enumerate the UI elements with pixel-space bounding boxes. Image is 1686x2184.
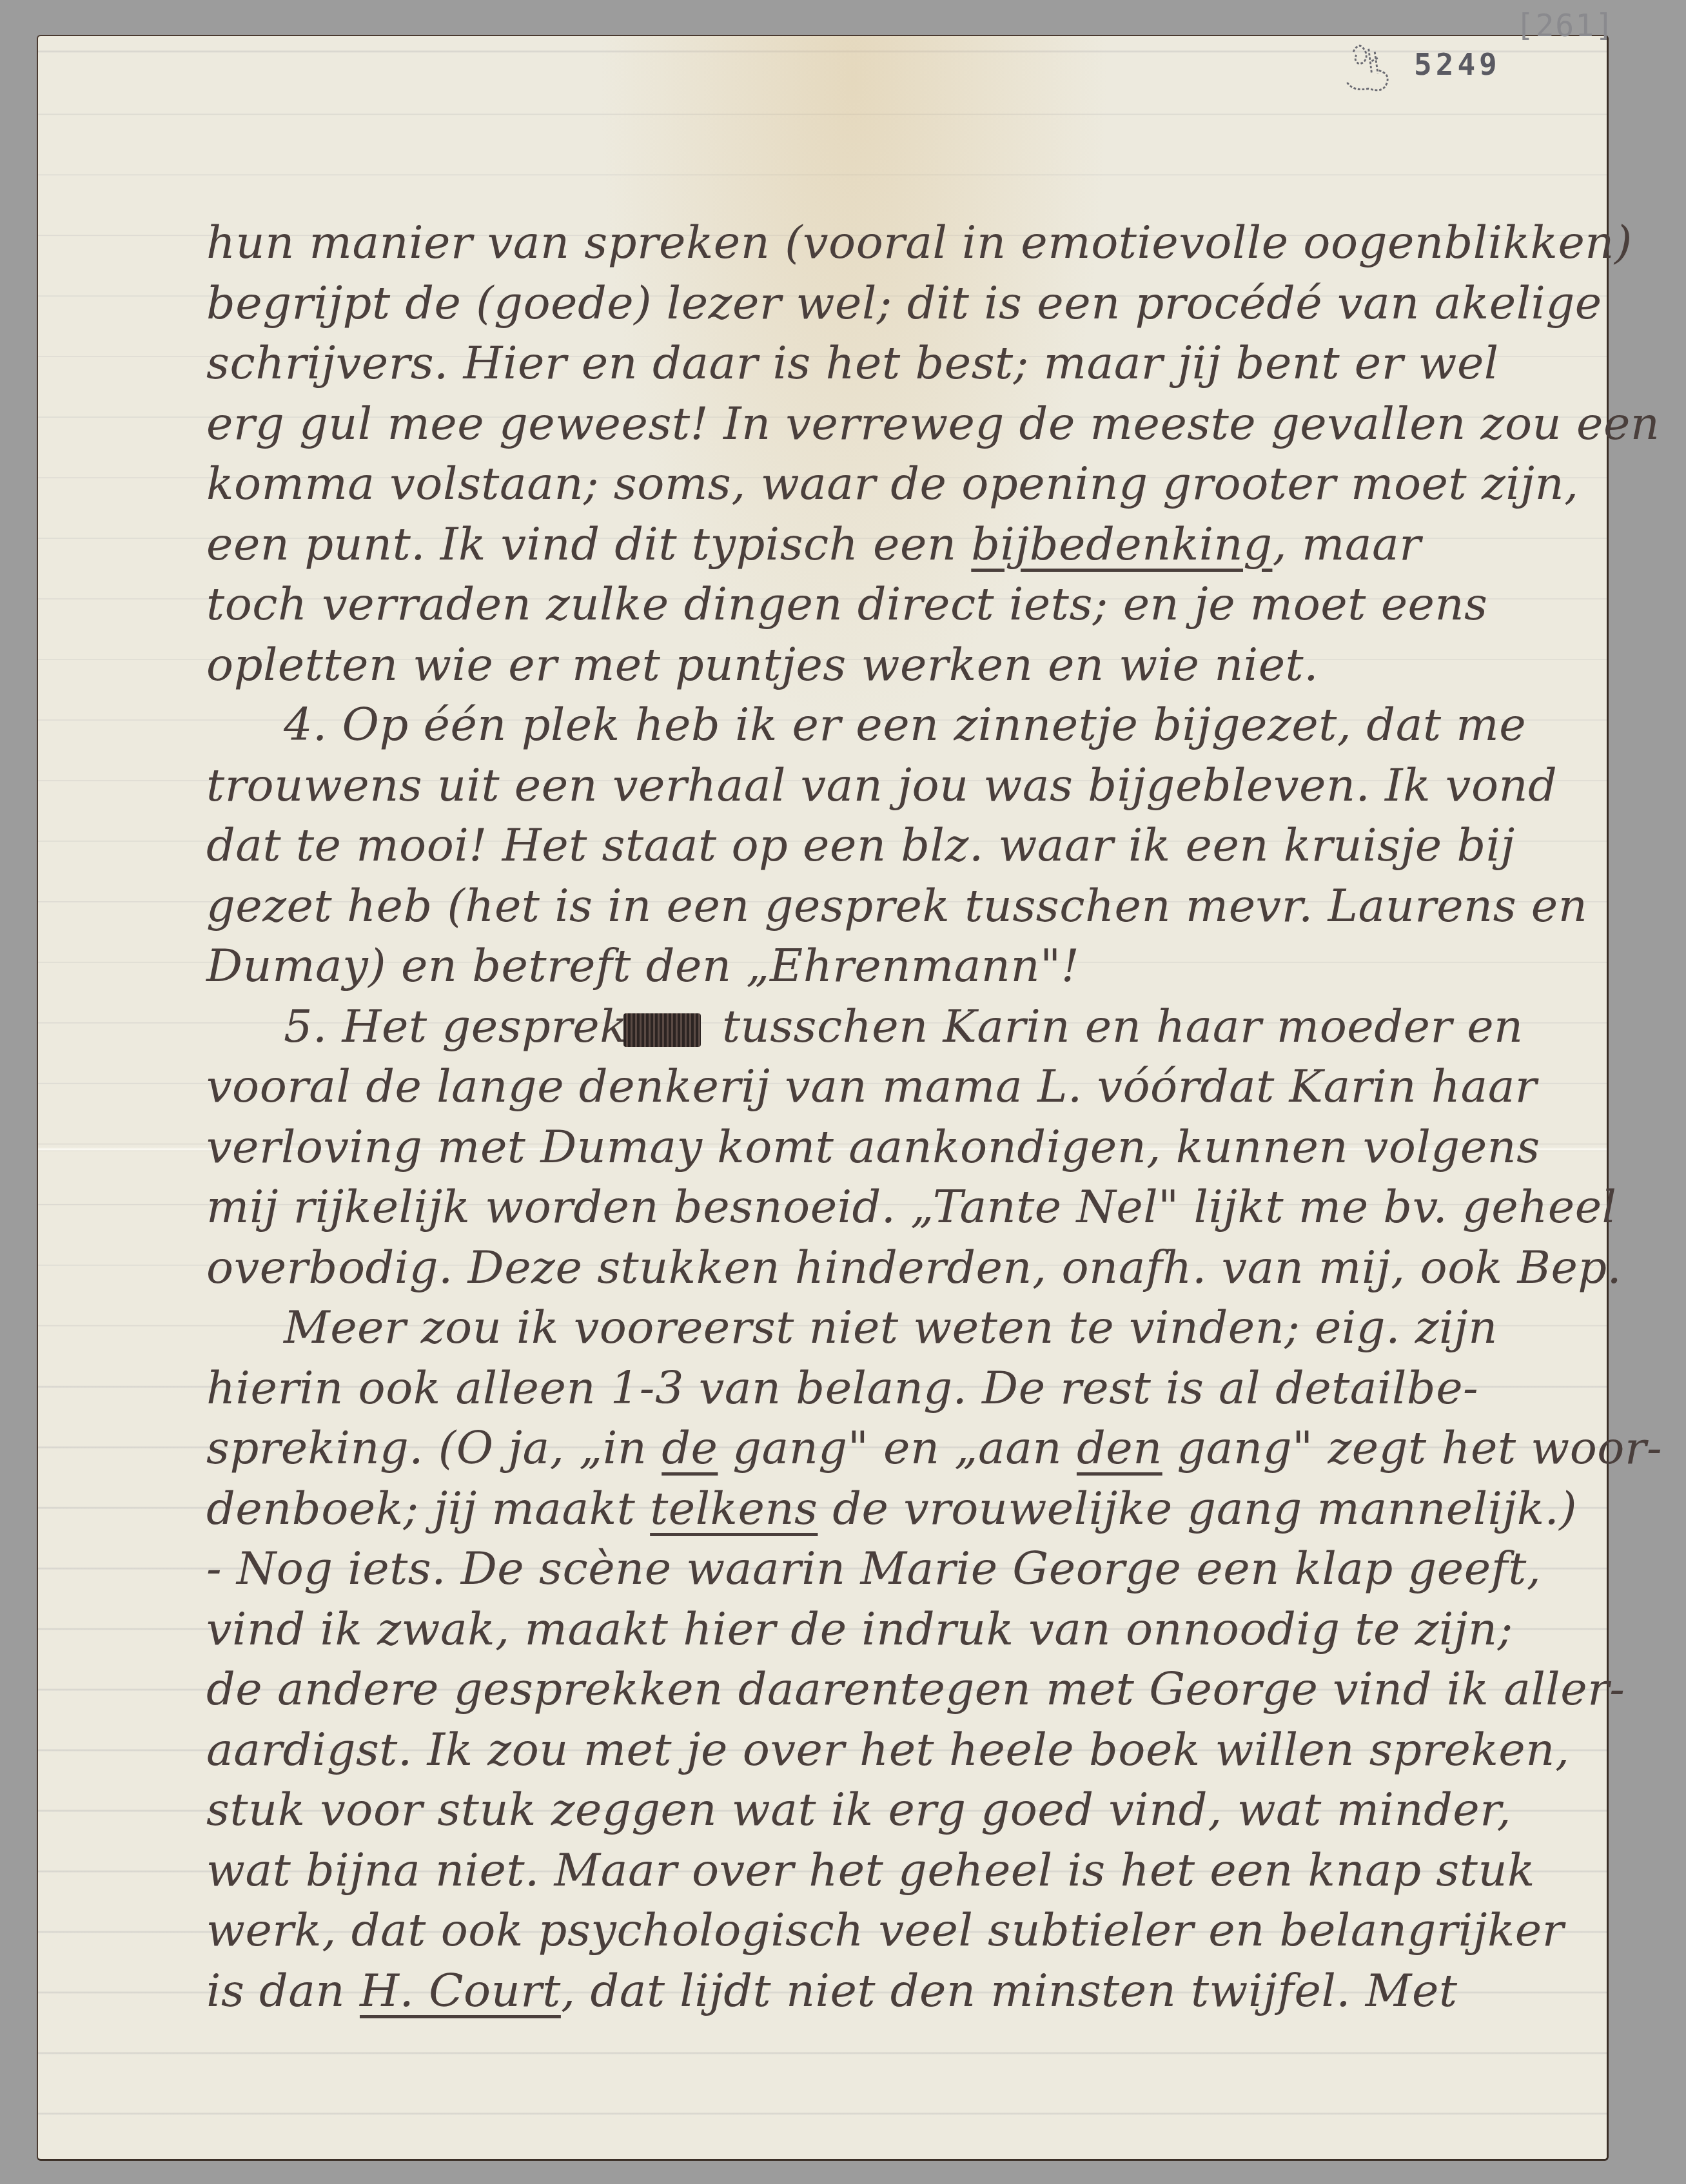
text-segment: tusschen Karin en haar moeder en [707,1000,1524,1053]
text-segment: gang" zegt het woor- [1162,1421,1662,1474]
text-line: vooral de lange denkerij van mama L. vóó… [206,1057,1573,1117]
overwritten-word: Het [342,997,427,1057]
text-line: gezet heb (het is in een gesprek tussche… [206,876,1573,937]
text-line: stuk voor stuk zeggen wat ik erg goed vi… [206,1780,1573,1840]
text-line: de andere gesprekken daarentegen met Geo… [206,1659,1573,1720]
text-line: Meer zou ik vooreerst niet weten te vind… [206,1298,1573,1358]
text-line: vind ik zwak, maakt hier de indruk van o… [206,1599,1573,1660]
underlined-word: den [1077,1421,1162,1474]
text-line: hun manier van spreken (vooral in emotie… [206,213,1573,273]
text-segment: gesprek [427,1000,628,1053]
text-line: schrijvers. Hier en daar is het best; ma… [206,333,1573,394]
text-line: overbodig. Deze stukken hinderden, onafh… [206,1238,1573,1298]
text-segment: spreking. (O ja, „in [206,1421,662,1474]
underlined-word: de [662,1421,718,1474]
stamp-number: 5249 [1414,47,1501,82]
library-seal-icon [1341,34,1402,95]
text-line: trouwens uit een verhaal van jou was bij… [206,756,1573,816]
text-line: dat te mooi! Het staat op een blz. waar … [206,815,1573,876]
text-line: erg gul mee geweest! In verreweg de mees… [206,394,1573,454]
text-line: mij rijkelijk worden besnoeid. „Tante Ne… [206,1177,1573,1238]
folio-number: [261] [1516,8,1616,44]
text-segment: , maar [1272,518,1421,570]
underlined-word: bijbedenking [971,518,1272,570]
text-line: aardigst. Ik zou met je over het heele b… [206,1720,1573,1780]
underlined-title: H. Court [360,1964,561,2017]
ink-scribble-correction [623,1013,701,1047]
text-line: hierin ook alleen 1-3 van belang. De res… [206,1358,1573,1419]
text-line: een punt. Ik vind dit typisch een bijbed… [206,514,1573,575]
text-line: Dumay) en betreft den „Ehrenmann"! [206,936,1573,997]
text-segment: een punt. Ik vind dit typisch een [206,518,971,570]
text-line: spreking. (O ja, „in de gang" en „aan de… [206,1418,1573,1479]
text-segment: de vrouwelijke gang mannelijk.) [818,1482,1577,1535]
text-line: is dan H. Court, dat lijdt niet den mins… [206,1961,1573,2022]
text-segment: denboek; jij maakt [206,1482,650,1535]
text-line: opletten wie er met puntjes werken en wi… [206,635,1573,696]
text-line: komma volstaan; soms, waar de opening gr… [206,454,1573,514]
text-line: - Nog iets. De scène waarin Marie George… [206,1539,1573,1599]
text-segment: is dan [206,1964,360,2017]
underlined-word: telkens [650,1482,818,1535]
text-line: werk, dat ook psychologisch veel subtiel… [206,1900,1573,1961]
text-line: wat bijna niet. Maar over het geheel is … [206,1840,1573,1901]
letter-body: hun manier van spreken (vooral in emotie… [206,213,1573,2021]
text-segment: gang" en „aan [718,1421,1076,1474]
text-line: denboek; jij maakt telkens de vrouwelijk… [206,1479,1573,1539]
text-line-point-4: 4. Op één plek heb ik er een zinnetje bi… [206,695,1573,756]
text-line-point-5: 5. Het gesprek tusschen Karin en haar mo… [206,997,1573,1057]
text-segment: 5. [284,1000,342,1053]
text-line: verloving met Dumay komt aankondigen, ku… [206,1117,1573,1178]
text-line: toch verraden zulke dingen direct iets; … [206,574,1573,635]
text-segment: , dat lijdt niet den minsten twijfel. Me… [561,1964,1458,2017]
text-line: begrijpt de (goede) lezer wel; dit is ee… [206,273,1573,334]
archive-stamp: 5249 [1341,34,1501,95]
